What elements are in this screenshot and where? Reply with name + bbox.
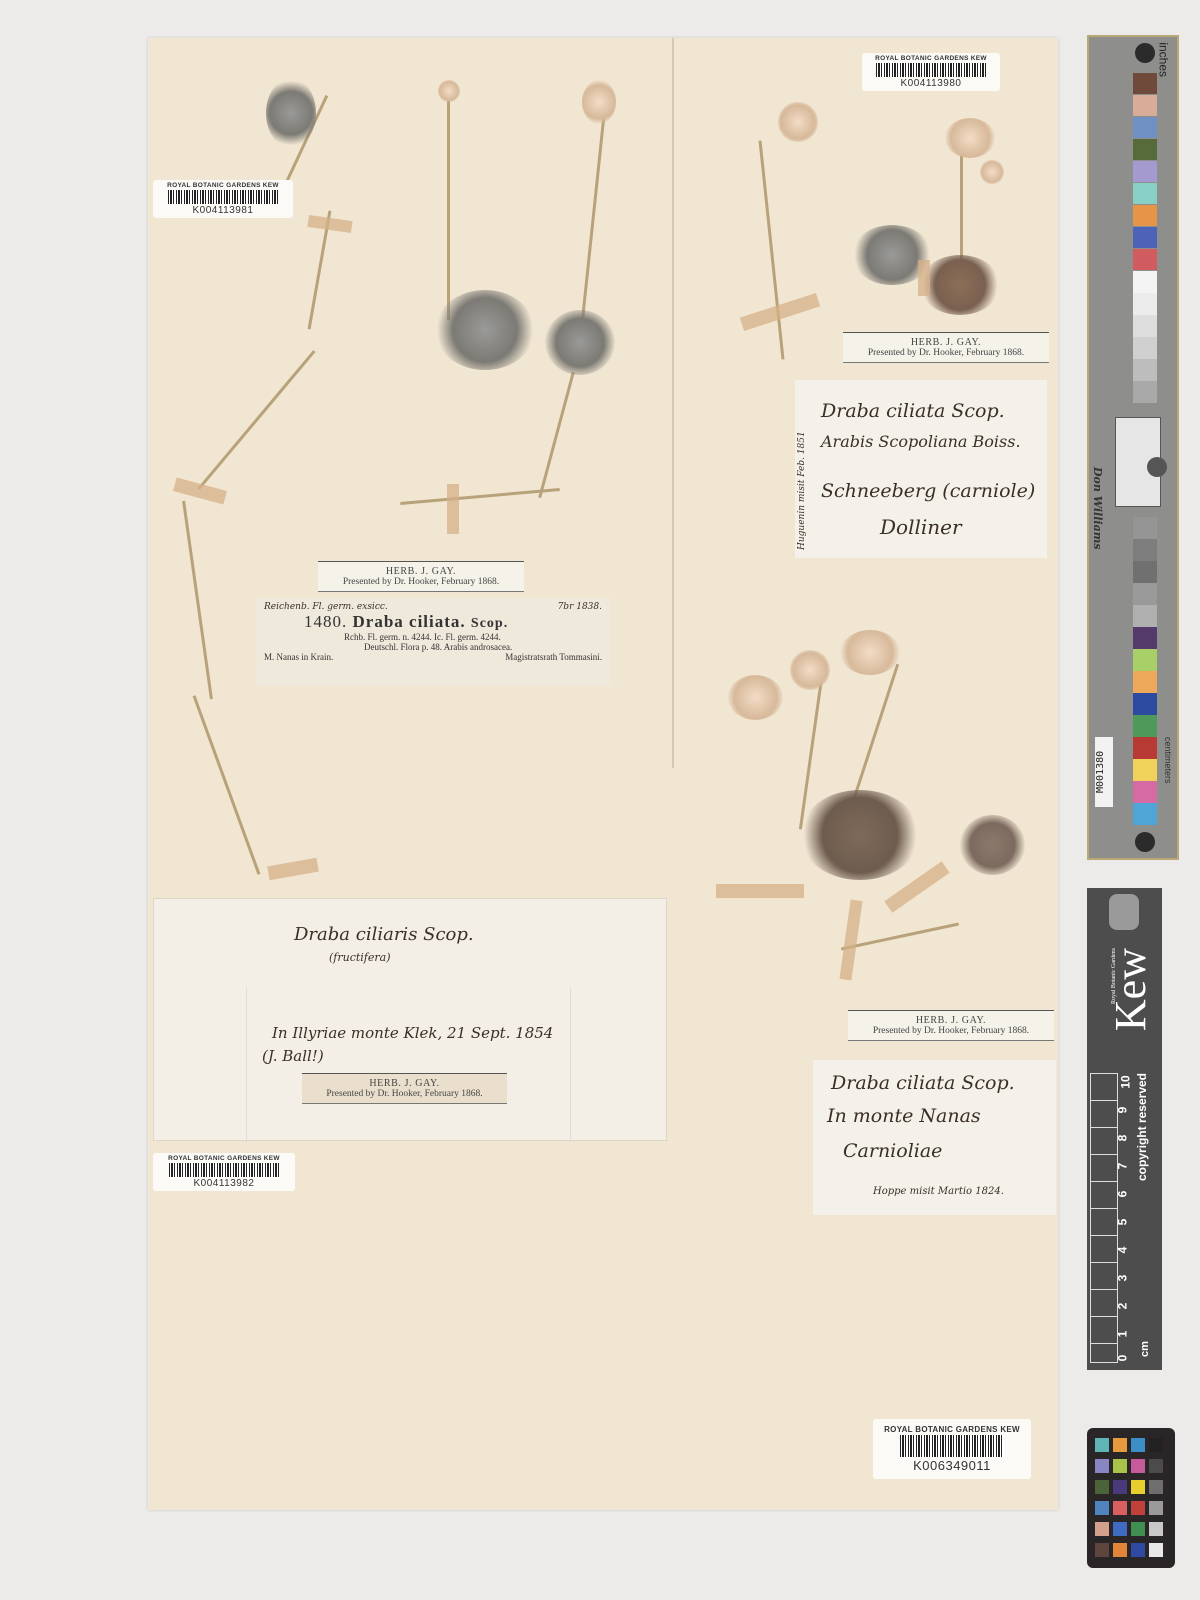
swatch-gray-8	[1133, 561, 1157, 583]
swatch-skin	[1133, 95, 1157, 116]
swatch-sky	[1133, 117, 1157, 138]
tick-4: 4	[1115, 1247, 1129, 1254]
barcode-bars	[168, 190, 278, 204]
tick-0: 0	[1115, 1355, 1129, 1362]
tick-5: 5	[1115, 1219, 1129, 1226]
swatch-deep-red	[1133, 737, 1157, 759]
barcode-number: K004113982	[157, 1178, 291, 1189]
exsiccata-taxon: Draba ciliata.	[353, 612, 466, 631]
printed-exsiccata-label: Reichenb. Fl. germ. exsicc. 7br 1838. 14…	[256, 598, 610, 686]
swatch-magenta	[1133, 781, 1157, 803]
tick-8: 8	[1115, 1135, 1129, 1142]
barcode-institution: ROYAL BOTANIC GARDENS KEW	[157, 1155, 291, 1162]
nanas-line2: In monte Nanas	[827, 1105, 981, 1127]
exsiccata-synonym: Deutschl. Flora p. 48. Arabis androsacea…	[364, 642, 602, 652]
cm-unit-label: cm	[1139, 1341, 1151, 1357]
schneeberg-line3: Schneeberg (carniole)	[821, 480, 1035, 502]
kew-scale-bar: Kew Royal Botanic Gardens copyright rese…	[1087, 888, 1162, 1370]
herb-title: HERB. J. GAY.	[854, 1015, 1048, 1026]
cm-scale	[1090, 1073, 1118, 1363]
exsiccata-date: 7br 1838.	[558, 602, 602, 612]
swatch-gray-5	[1133, 381, 1157, 403]
nanas-line3: Carnioliae	[843, 1140, 942, 1162]
barcode-label-k004113981: ROYAL BOTANIC GARDENS KEW K004113981	[153, 180, 293, 218]
label-nanas: Draba ciliata Scop. In monte Nanas Carni…	[813, 1060, 1056, 1215]
barcode-number: K004113980	[866, 78, 996, 89]
ruler-units-cm: centimeters	[1163, 737, 1173, 784]
ruler-hole-top	[1135, 43, 1155, 63]
ruler-hole-mid	[1147, 457, 1167, 477]
herb-presented: Presented by Dr. Hooker, February 1868.	[849, 348, 1043, 358]
tick-2: 2	[1115, 1303, 1129, 1310]
illyria-subtitle: (fructifera)	[329, 951, 391, 964]
schneeberg-line4: Dolliner	[880, 515, 962, 539]
exsiccata-reference: Rchb. Fl. germ. n. 4244. Ic. Fl. germ. 4…	[344, 632, 602, 642]
swatch-red	[1133, 249, 1157, 270]
tick-7: 7	[1115, 1163, 1129, 1170]
swatch-lavender	[1133, 161, 1157, 182]
kew-copyright: copyright reserved	[1135, 1073, 1149, 1181]
swatch-gray-7	[1133, 539, 1157, 561]
nanas-note: Hoppe misit Martio 1824.	[873, 1186, 1004, 1197]
illyria-title: Draba ciliaris Scop.	[294, 924, 474, 945]
label-schneeberg: Huguenin misit Feb. 1851 Draba ciliata S…	[795, 380, 1047, 558]
herb-gay-label-4: HERB. J. GAY. Presented by Dr. Hooker, F…	[848, 1010, 1054, 1041]
swatch-purple	[1133, 627, 1157, 649]
tick-10: 10	[1119, 1075, 1133, 1088]
illyria-locality: In Illyriae monte Klek, 21 Sept. 1854	[272, 1024, 553, 1042]
illyria-collector: (J. Ball!)	[262, 1047, 324, 1065]
swatch-orange-yellow	[1133, 671, 1157, 693]
barcode-institution: ROYAL BOTANIC GARDENS KEW	[866, 55, 996, 62]
schneeberg-line1: Draba ciliata Scop.	[821, 400, 1005, 422]
herb-title: HERB. J. GAY.	[324, 566, 518, 577]
swatch-yellow-green	[1133, 649, 1157, 671]
tick-1: 1	[1115, 1331, 1129, 1338]
barcode-label-k006349011: ROYAL BOTANIC GARDENS KEW K006349011	[873, 1419, 1031, 1479]
herb-gay-label-3-top: HERB. J. GAY. Presented by Dr. Hooker, F…	[302, 1073, 507, 1104]
tick-3: 3	[1115, 1275, 1129, 1282]
swatch-blue	[1133, 227, 1157, 248]
swatch-deep-blue	[1133, 693, 1157, 715]
exsiccata-author: Scop.	[471, 616, 508, 631]
barcode-number: K006349011	[879, 1458, 1025, 1473]
herb-title: HERB. J. GAY.	[849, 337, 1043, 348]
barcode-bars	[900, 1435, 1004, 1457]
swatch-gray-3	[1133, 337, 1157, 359]
herb-title: HERB. J. GAY.	[308, 1078, 501, 1089]
swatch-gray-2	[1133, 315, 1157, 337]
ruler-id-tag: M001380	[1095, 737, 1113, 807]
swatch-gray-9	[1133, 583, 1157, 605]
swatch-gray-1	[1133, 293, 1157, 315]
swatch-gray-4	[1133, 359, 1157, 381]
swatch-yellow	[1133, 759, 1157, 781]
nanas-line1: Draba ciliata Scop.	[831, 1072, 1015, 1094]
schneeberg-side-note: Huguenin misit Feb. 1851	[797, 431, 807, 550]
herb-presented: Presented by Dr. Hooker, February 1868.	[308, 1089, 501, 1099]
exsiccata-locality: M. Nanas in Krain.	[264, 652, 333, 662]
swatch-green	[1133, 715, 1157, 737]
swatch-cyan	[1133, 803, 1157, 825]
swatch-gray-10	[1133, 605, 1157, 627]
barcode-label-k004113980: ROYAL BOTANIC GARDENS KEW K004113980	[862, 53, 1000, 91]
ruler-units-inches: inches	[1157, 42, 1171, 77]
barcode-institution: ROYAL BOTANIC GARDENS KEW	[157, 182, 289, 189]
ruler-brand: Don Williams	[1091, 467, 1104, 550]
herb-presented: Presented by Dr. Hooker, February 1868.	[324, 577, 518, 587]
kew-subtitle: Royal Botanic Gardens	[1111, 948, 1117, 1004]
cm-scale-numbers: 10 9 8 7 6 5 4 3 2 1 0	[1119, 1073, 1135, 1363]
color-calibration-ruler: inches Don Williams M001380 centimeters	[1087, 35, 1179, 860]
exsiccata-number: 1480.	[304, 612, 347, 631]
label-illyria-packet: Draba ciliaris Scop. (fructifera) In Ill…	[153, 898, 667, 1141]
swatch-brown	[1133, 73, 1157, 94]
herb-presented: Presented by Dr. Hooker, February 1868.	[854, 1026, 1048, 1036]
barcode-label-k004113982: ROYAL BOTANIC GARDENS KEW K004113982	[153, 1153, 295, 1191]
barcode-bars	[169, 1163, 279, 1177]
tick-6: 6	[1115, 1191, 1129, 1198]
ruler-hole-bottom	[1135, 832, 1155, 852]
herb-gay-label-2: HERB. J. GAY. Presented by Dr. Hooker, F…	[843, 332, 1049, 363]
swatch-orange	[1133, 205, 1157, 226]
swatch-aqua	[1133, 183, 1157, 204]
barcode-number: K004113981	[157, 205, 289, 216]
barcode-bars	[876, 63, 986, 77]
swatch-gray-6	[1133, 517, 1157, 539]
swatch-white	[1133, 271, 1157, 293]
sheet-fold-line	[672, 38, 674, 768]
kew-crest-icon	[1109, 894, 1139, 930]
exsiccata-collector: Magistratsrath Tommasini.	[505, 652, 602, 662]
schneeberg-line2: Arabis Scopoliana Boiss.	[821, 432, 1021, 451]
exsiccata-annotation: Reichenb. Fl. germ. exsicc.	[264, 602, 388, 612]
tick-9: 9	[1115, 1107, 1129, 1114]
herb-gay-label-1: HERB. J. GAY. Presented by Dr. Hooker, F…	[318, 561, 524, 592]
swatch-foliage	[1133, 139, 1157, 160]
color-checker-card	[1087, 1428, 1175, 1568]
barcode-institution: ROYAL BOTANIC GARDENS KEW	[879, 1425, 1025, 1434]
